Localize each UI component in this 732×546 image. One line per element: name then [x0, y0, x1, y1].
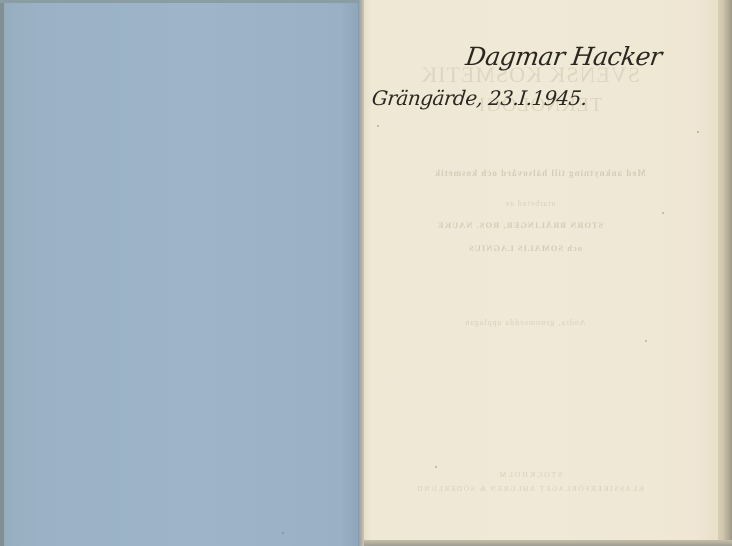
- show-through-byline: utarbetad av: [470, 199, 590, 208]
- paper-speck: [662, 212, 664, 214]
- page-block-edge: [718, 0, 732, 546]
- show-through-place: STOCKHOLM: [480, 470, 580, 479]
- show-through-authors-2: och SOMALIS LAGNIUS: [450, 243, 600, 253]
- paper-speck: [377, 125, 379, 127]
- paper-speck: [282, 532, 284, 534]
- paper-speck: [435, 466, 437, 468]
- paper-speck: [697, 131, 699, 133]
- blue-endpaper: [0, 0, 362, 546]
- show-through-publisher: KLASSIKERFÖRLAGET AHLGREN & SÖDERLUND: [410, 484, 650, 493]
- open-book-photo: SVENSK KOSMETIK TEKNOLOGI Med anknytning…: [0, 0, 732, 546]
- show-through-authors-1: STORN BRÅLINGER, ROS. NAUKE: [430, 220, 610, 230]
- paper-speck: [645, 340, 647, 342]
- show-through-subtitle: Med anknytning till hälsovård och kosmet…: [400, 168, 680, 178]
- handwritten-place-date: Grängärde, 23.I.1945.: [371, 86, 588, 110]
- show-through-edition: Andra, genomsedda upplagan: [460, 318, 590, 327]
- page-bottom-shadow: [364, 540, 732, 546]
- handwritten-signature: Dagmar Hacker: [464, 42, 664, 71]
